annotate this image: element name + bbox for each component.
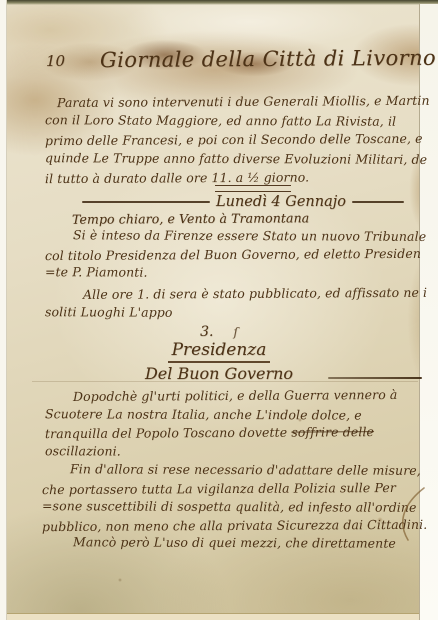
manuscript-line: =te P. Piamonti.: [45, 263, 417, 283]
manuscript-line: Mancò però L'uso di quei mezzi, che dire…: [45, 533, 417, 553]
date-heading-row: Lunedì 4 Gennajo: [82, 194, 404, 210]
manuscript-line: Alle ore 1. di sera è stato pubblicato, …: [45, 284, 417, 305]
heading-trailing-rule: [328, 377, 422, 379]
manuscript-line: Dopodchè gl'urti politici, e della Guerr…: [45, 386, 417, 407]
date-rule-right: [352, 201, 404, 203]
manuscript-line: Scuotere La nostra Italia, anche L'indol…: [45, 405, 417, 425]
intro-paragraph: Parata vi sono intervenuti i due General…: [45, 92, 417, 187]
date-rule-left: [82, 201, 210, 203]
struck-through-text: soffrire delle: [291, 424, 374, 440]
scan-edge-bottom: [0, 613, 438, 620]
manuscript-line: che portassero tutta La vigilanza della …: [42, 478, 418, 499]
edict-paragraph-3: Mancò però L'uso di quei mezzi, che dire…: [45, 534, 417, 553]
manuscript-line: Fin d'allora si rese necessario d'adatta…: [42, 460, 418, 480]
edict-paragraph-1: Dopodchè gl'urti politici, e della Guerr…: [45, 387, 417, 461]
section-number-row: 3.ſ: [0, 324, 438, 340]
manuscript-line: =sone suscettibili di sospetta qualità, …: [42, 497, 418, 517]
notice-paragraph: Alle ore 1. di sera è stato pubblicato, …: [45, 285, 417, 322]
manuscript-line: Parata vi sono intervenuti i due General…: [45, 91, 417, 112]
pen-flourish-stroke: [394, 486, 428, 544]
manuscript-line: primo delle Francesi, e poi con il Secon…: [45, 129, 417, 150]
manuscript-line: soliti Luoghi L'appo: [45, 303, 417, 323]
edict-heading-text: Presidenza: [168, 340, 271, 363]
manuscript-line: oscillazioni.: [45, 442, 417, 462]
manuscript-text: tranquilla del Popolo Toscano dovette: [45, 425, 291, 442]
manuscript-line: col titolo Presidenza del Buon Governo, …: [45, 244, 417, 265]
manuscript-page: 10 Giornale della Città di Livorno Parat…: [0, 0, 438, 620]
manuscript-line: tranquilla del Popolo Toscano dovette so…: [45, 423, 417, 444]
date-heading: Lunedì 4 Gennajo: [210, 194, 352, 210]
scan-edge-left: [0, 0, 7, 620]
edict-heading-line1: Presidenza: [0, 340, 438, 360]
edict-paragraph-2: Fin d'allora si rese necessario d'adatta…: [42, 461, 418, 535]
ink-flourish-mark: ſ: [233, 325, 237, 339]
double-rule-divider: [215, 185, 291, 192]
edict-heading-line2-row: Del Buon Governo: [0, 364, 438, 383]
manuscript-line: quinde Le Truppe anno fatto diverse Evol…: [45, 148, 417, 169]
scan-edge-top: [0, 0, 438, 5]
section-number: 3.: [200, 324, 213, 340]
journal-title: Giornale della Città di Livorno: [100, 46, 412, 72]
manuscript-line: con il Loro Stato Maggiore, ed anno fatt…: [45, 110, 417, 131]
manuscript-line: Si è inteso da Firenze essere Stato un n…: [45, 226, 417, 246]
heading-faint-rule: [32, 381, 418, 382]
news-paragraph: Si è inteso da Firenze essere Stato un n…: [45, 227, 417, 283]
page-number: 10: [46, 52, 65, 70]
